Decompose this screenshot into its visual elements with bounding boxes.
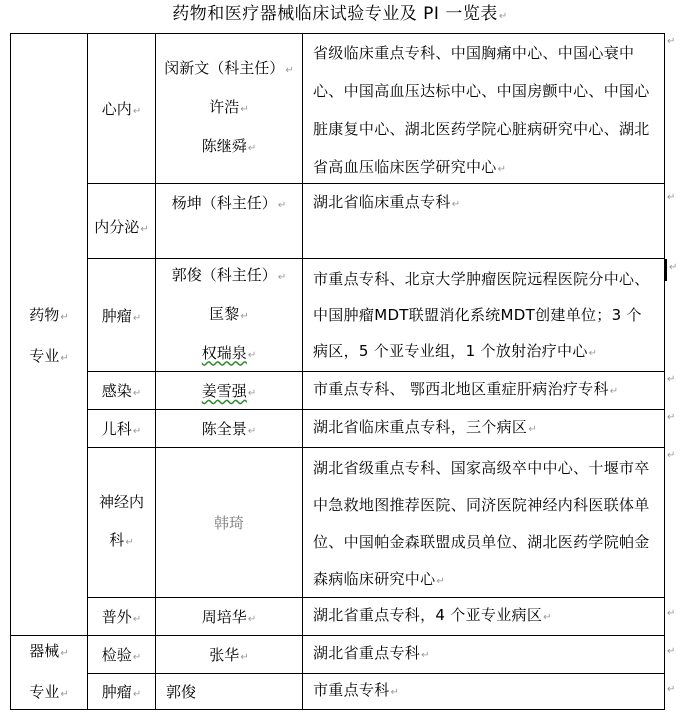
table-border-bottom	[10, 709, 665, 710]
group-label-device: 器械↵ 专业↵	[11, 636, 87, 709]
table-row-endocrine-desc: 湖北省临床重点专科↵	[303, 184, 664, 258]
table-row-laboratory-desc: 湖北省重点专科↵	[303, 636, 664, 673]
table-row-general-surgery-desc: 湖北省重点专科，4 个亚专业病区↵	[303, 598, 664, 635]
text-cursor	[664, 259, 667, 281]
table-row-oncology-dept: 肿瘤↵	[88, 259, 155, 371]
group-label-drug: 药物↵ 专业↵	[11, 300, 87, 374]
table-row-infection-dept: 感染↵	[88, 372, 155, 409]
table-row-pediatrics-pi: 陈全景↵	[156, 410, 302, 447]
table-row-device-oncology-desc: 市重点专科↵	[303, 674, 664, 709]
table-row-neurology-desc: 湖北省级重点专科、国家高级卒中中心、十堰市卒中急救地图推荐医院、同济医院神经内科…	[303, 448, 664, 597]
table-row-laboratory-pi: 张华↵	[156, 636, 302, 673]
table-row-pediatrics-dept: 儿科↵	[88, 410, 155, 447]
table-row-cardiology-pi: 闵新文（科主任）↵ 许浩↵ 陈继舜↵	[156, 34, 302, 183]
table-row-oncology-desc: 市重点专科、北京大学肿瘤医院远程医院分中心、中国肿瘤MDT联盟消化系统MDT创建…	[303, 259, 664, 371]
table-row-infection-pi: 姜雪强↵	[156, 372, 302, 409]
table-row-endocrine-dept: 内分泌↵	[88, 184, 155, 258]
table-row-device-oncology-dept: 肿瘤↵	[88, 674, 155, 709]
table-row-endocrine-pi: 杨坤（科主任）↵	[156, 184, 302, 258]
table-row-neurology-dept: 神经内 科↵	[88, 448, 155, 597]
table-row-oncology-pi: 郭俊（科主任）↵ 匡黎↵ 权瑞泉↵	[156, 259, 302, 371]
paragraph-mark-icon: ↵	[499, 11, 508, 22]
document-title: 药物和医疗器械临床试验专业及 PI 一览表↵	[0, 2, 680, 29]
table-row-general-surgery-dept: 普外↵	[88, 598, 155, 635]
table-row-general-surgery-pi: 周培华↵	[156, 598, 302, 635]
table-row-infection-desc: 市重点专科、 鄂西北地区重症肝病治疗专科↵	[303, 372, 664, 409]
table-row-laboratory-dept: 检验↵	[88, 636, 155, 673]
table-row-pediatrics-desc: 湖北省临床重点专科，三个病区↵	[303, 410, 664, 447]
table-row-cardiology-dept: 心内↵	[88, 34, 155, 183]
table-row-cardiology-desc: 省级临床重点专科、中国胸痛中心、中国心衰中心、中国高血压达标中心、中国房颤中心、…	[303, 34, 664, 183]
table-row-neurology-pi: 韩琦	[156, 448, 302, 597]
table-row-device-oncology-pi: 郭俊	[156, 674, 302, 709]
